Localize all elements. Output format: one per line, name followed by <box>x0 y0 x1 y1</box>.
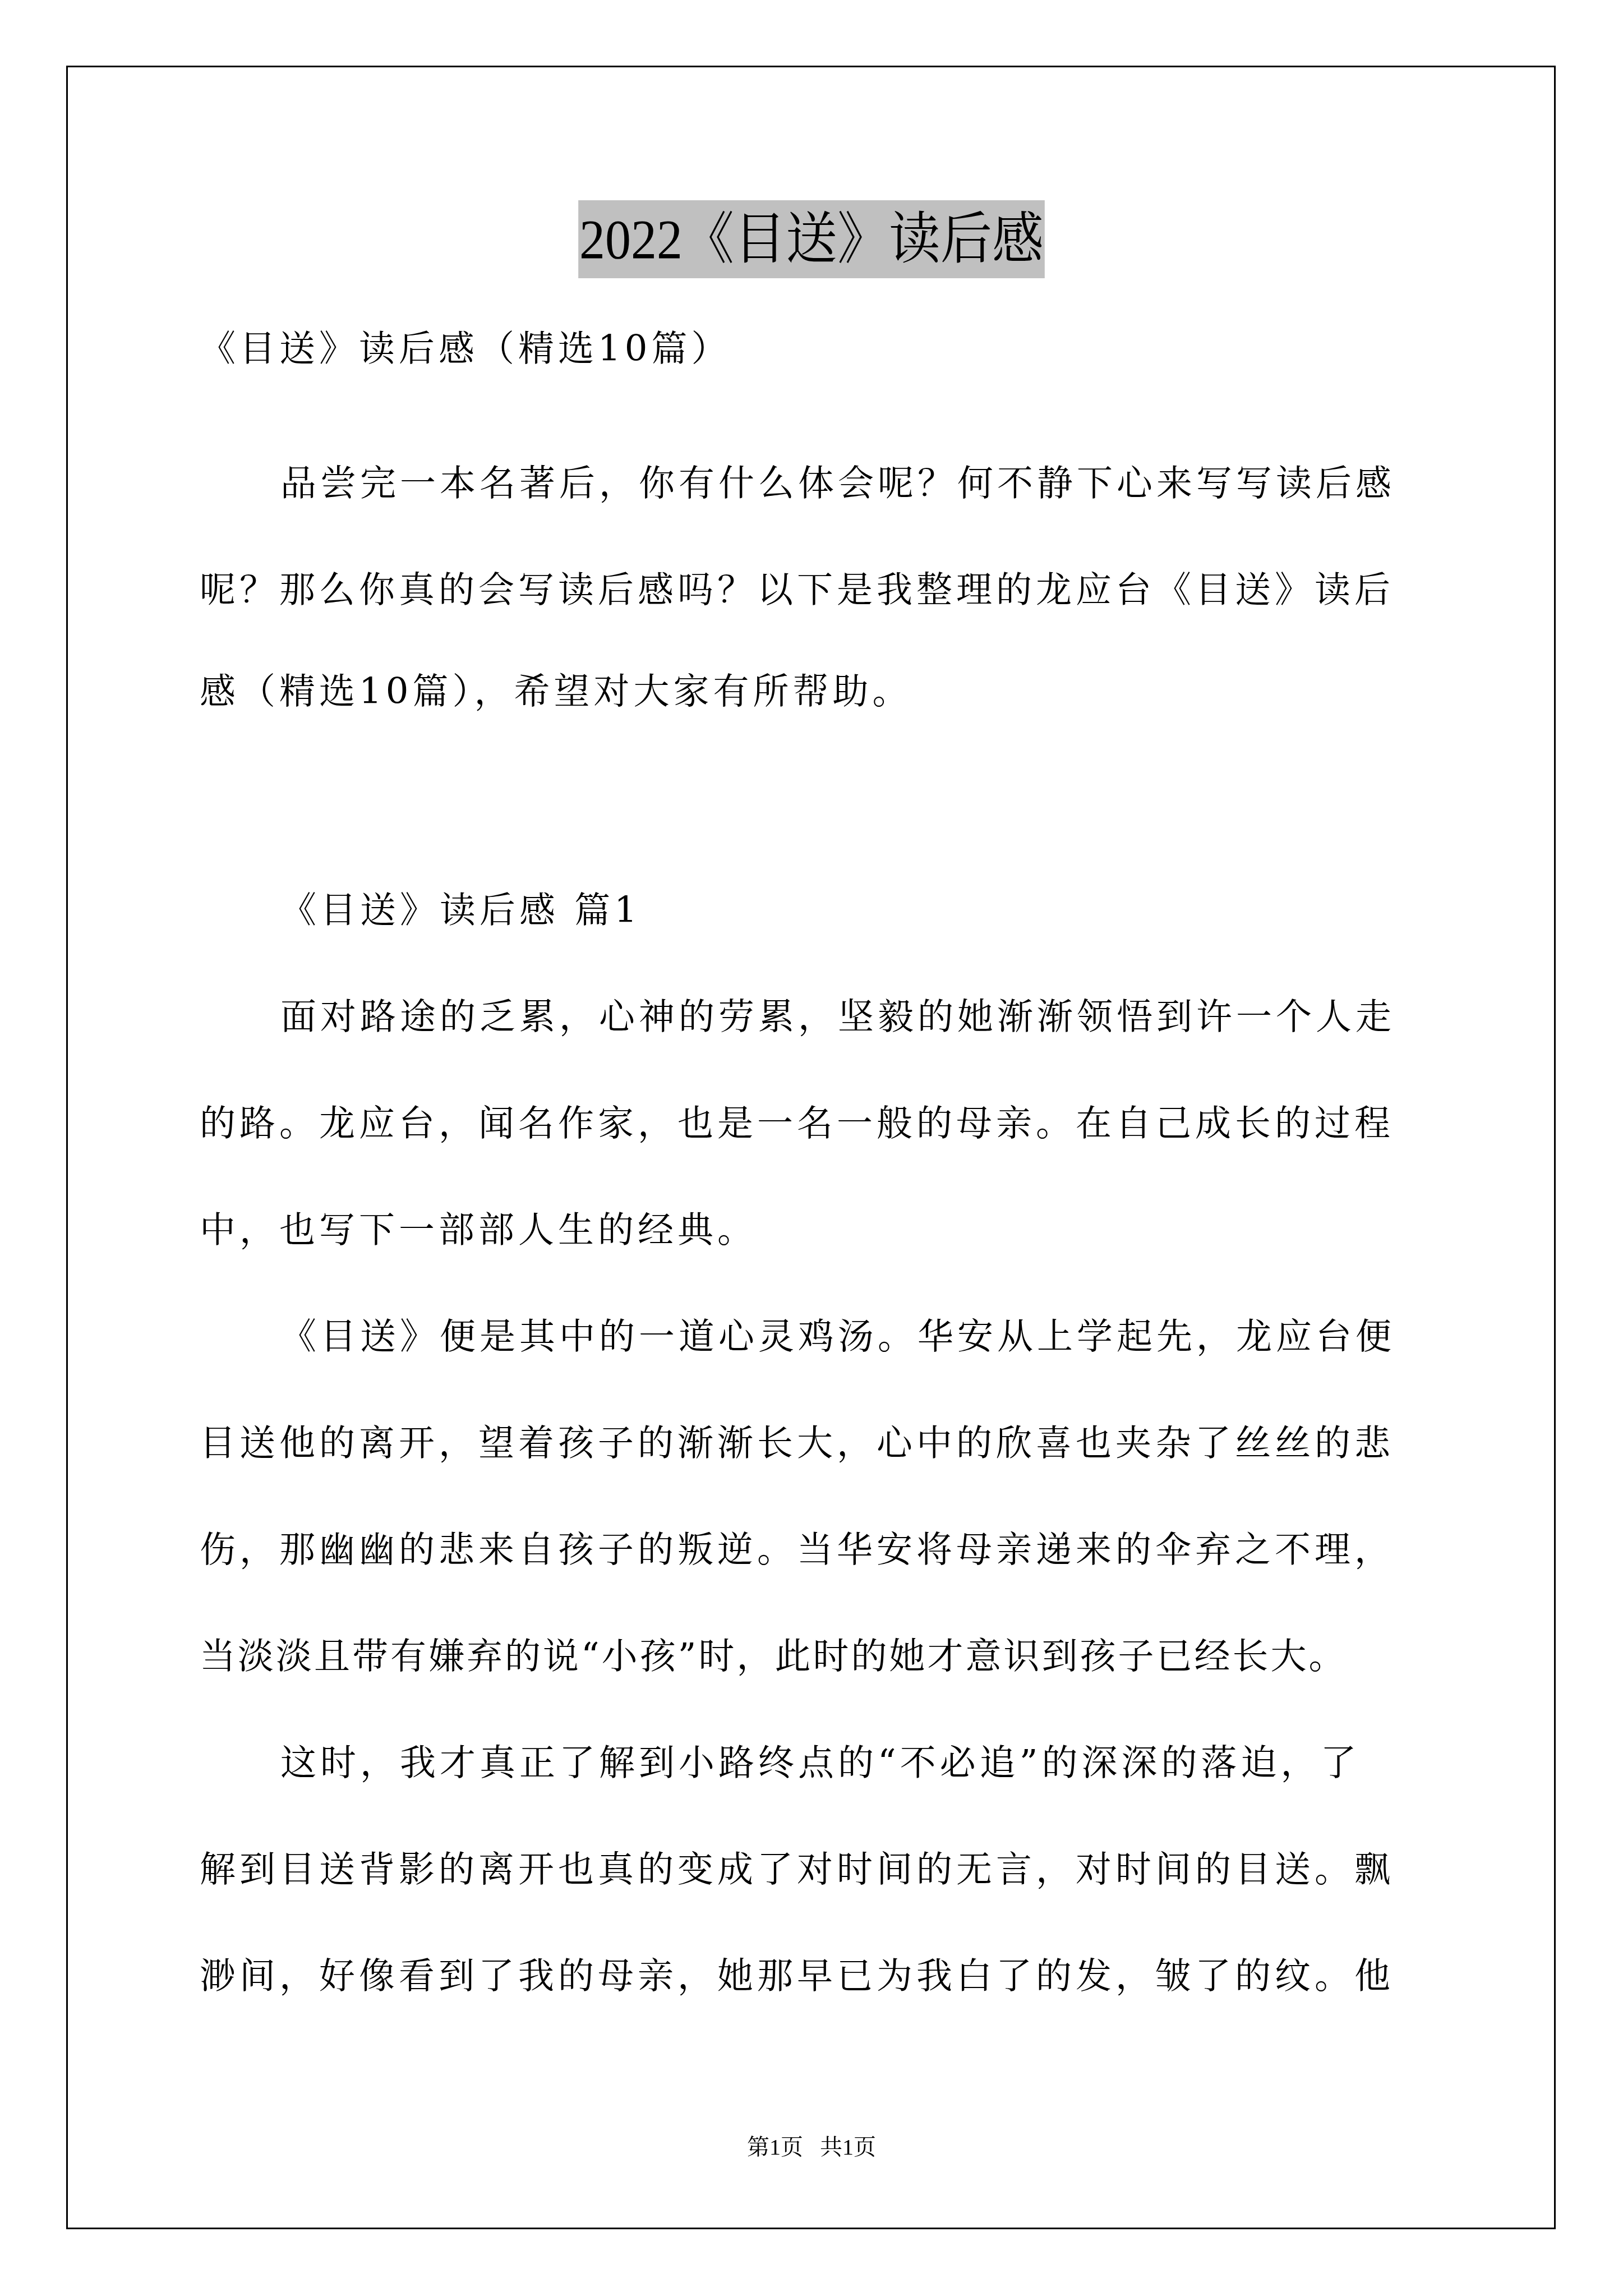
paragraph-line: 渺间，好像看到了我的母亲，她那早已为我白了的发，皱了的纹。他 <box>200 1954 1394 1999</box>
intro-line: 感（精选10篇），希望对大家有所帮助。 <box>200 669 912 714</box>
paragraph-line: 《目送》便是其中的一道心灵鸡汤。华安从上学起先，龙应台便 <box>280 1314 1395 1359</box>
paragraph-line: 的路。龙应台，闻名作家，也是一名一般的母亲。在自己成长的过程 <box>200 1101 1394 1146</box>
section-heading: 《目送》读后感 篇1 <box>280 888 641 933</box>
paragraph-line: 这时，我才真正了解到小路终点的“不必追”的深深的落迫，了 <box>280 1741 1360 1786</box>
paragraph-line: 中，也写下一部部人生的经典。 <box>200 1208 757 1253</box>
intro-line: 呢？那么你真的会写读后感吗？以下是我整理的龙应台《目送》读后 <box>200 568 1394 613</box>
document-subtitle: 《目送》读后感（精选10篇） <box>200 326 731 371</box>
current-page-label: 第1页 <box>747 2134 803 2160</box>
paragraph-line: 伤，那幽幽的悲来自孩子的叛逆。当华安将母亲递来的伞弃之不理， <box>200 1527 1394 1572</box>
paragraph-line: 当淡淡且带有嫌弃的说“小孩”时，此时的她才意识到孩子已经长大。 <box>200 1634 1347 1679</box>
page-footer: 第1页 共1页 <box>0 2132 1623 2163</box>
document-title: 2022《目送》读后感 <box>578 200 1045 278</box>
paragraph-line: 面对路途的乏累，心神的劳累，坚毅的她渐渐领悟到许一个人走 <box>280 995 1395 1039</box>
total-pages-label: 共1页 <box>820 2134 876 2160</box>
paragraph-line: 目送他的离开，望着孩子的渐渐长大，心中的欣喜也夹杂了丝丝的悲 <box>200 1421 1394 1466</box>
page-border <box>66 66 1556 2229</box>
paragraph-line: 解到目送背影的离开也真的变成了对时间的无言，对时间的目送。飘 <box>200 1847 1394 1892</box>
title-container: 2022《目送》读后感 <box>0 200 1623 278</box>
intro-line: 品尝完一本名著后，你有什么体会呢？何不静下心来写写读后感 <box>280 461 1395 506</box>
